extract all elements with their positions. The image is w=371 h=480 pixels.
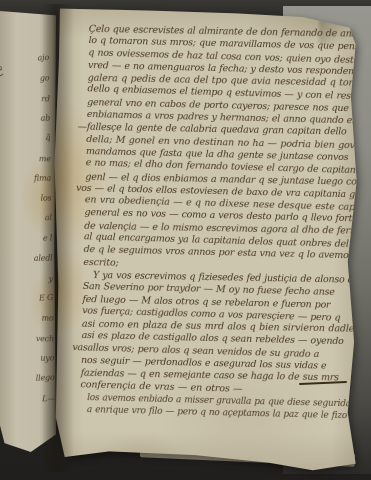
line-fragment: llego <box>8 368 55 390</box>
line-fragment: vech <box>8 329 54 350</box>
line-fragment: mo <box>7 309 53 330</box>
line-fragment: L— <box>9 389 55 410</box>
line-fragment: aledl <box>6 249 52 270</box>
line-fragment: los <box>5 189 51 210</box>
line-fragment: al <box>5 208 52 230</box>
line-fragment: uyo <box>8 349 54 370</box>
line-fragment: go <box>3 69 49 90</box>
line-fragment: ajo <box>3 48 50 70</box>
facing-page-line-endings: ajo go rd ab q̃ me fima los al e l aledl… <box>3 49 55 410</box>
manuscript-photo: (1493) ajo go rd ab q̃ me fima los al e … <box>0 0 371 480</box>
manuscript-page: Çelo que escrevistes al almirante de don… <box>52 2 370 474</box>
line-fragment: E G <box>7 288 54 310</box>
line-fragment: me <box>5 149 51 170</box>
line-fragment: fima <box>5 169 51 190</box>
line-fragment: y <box>7 269 53 290</box>
line-fragment: ab <box>4 109 50 130</box>
facing-page-edge: (1493) ajo go rd ab q̃ me fima los al e … <box>0 11 56 452</box>
paper-sheet: Çelo que escrevistes al almirante de don… <box>52 2 370 474</box>
line-fragment: q̃ <box>4 128 51 150</box>
handwritten-text-block: Çelo que escrevistes al almirante de don… <box>80 23 356 423</box>
line-fragment: rd <box>4 89 50 110</box>
line-fragment: e l <box>6 229 52 250</box>
